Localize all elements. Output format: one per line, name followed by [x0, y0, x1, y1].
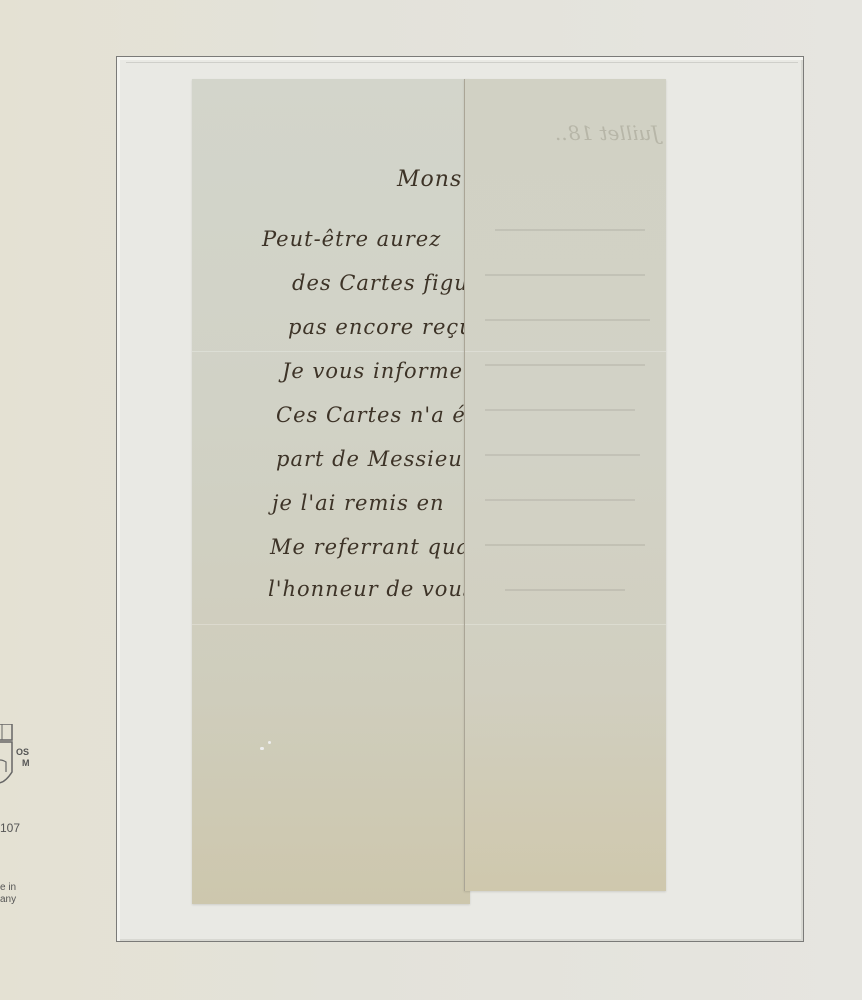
ghost-ink-line [485, 499, 635, 501]
letter-line-4: Je vous informe q [282, 359, 485, 383]
letter-line-7: je l'ai remis en [272, 491, 445, 515]
fold-line [465, 624, 666, 625]
letter-line-6: part de Messieurs [276, 447, 486, 471]
mirrored-date: Juillet 18.. [555, 121, 659, 145]
page-number: 107 [0, 822, 20, 835]
crest-logo-icon [0, 724, 14, 794]
ghost-ink-line [505, 589, 625, 591]
fold-line [192, 351, 470, 352]
ghost-ink-line [485, 364, 645, 366]
letter-line-5: Ces Cartes n'a ét [276, 403, 475, 427]
ghost-ink-line [485, 274, 645, 276]
letter-line-9: l'honneur de vous [268, 577, 475, 601]
frame-inner-line [126, 62, 798, 63]
letter: Mons Peut-être aurez des Cartes figura p… [192, 79, 665, 904]
caption-line-2: any [0, 893, 16, 906]
ghost-ink-line [485, 454, 640, 456]
salutation: Mons [397, 167, 462, 192]
letter-right-panel: Juillet 18.. [464, 79, 666, 891]
fold-line [465, 351, 666, 352]
paper-speck [268, 741, 271, 744]
paper-speck [260, 747, 264, 750]
ghost-ink-line [495, 229, 645, 231]
letter-left-panel: Mons Peut-être aurez des Cartes figura p… [192, 79, 470, 904]
ghost-ink-line [485, 409, 635, 411]
letter-line-1: Peut-être aurez [262, 227, 441, 251]
logo-text-2: M [22, 757, 30, 770]
ghost-ink-line [485, 544, 645, 546]
ghost-ink-line [485, 319, 650, 321]
letter-line-8: Me referrant qua [270, 535, 470, 559]
fold-line [192, 624, 470, 625]
